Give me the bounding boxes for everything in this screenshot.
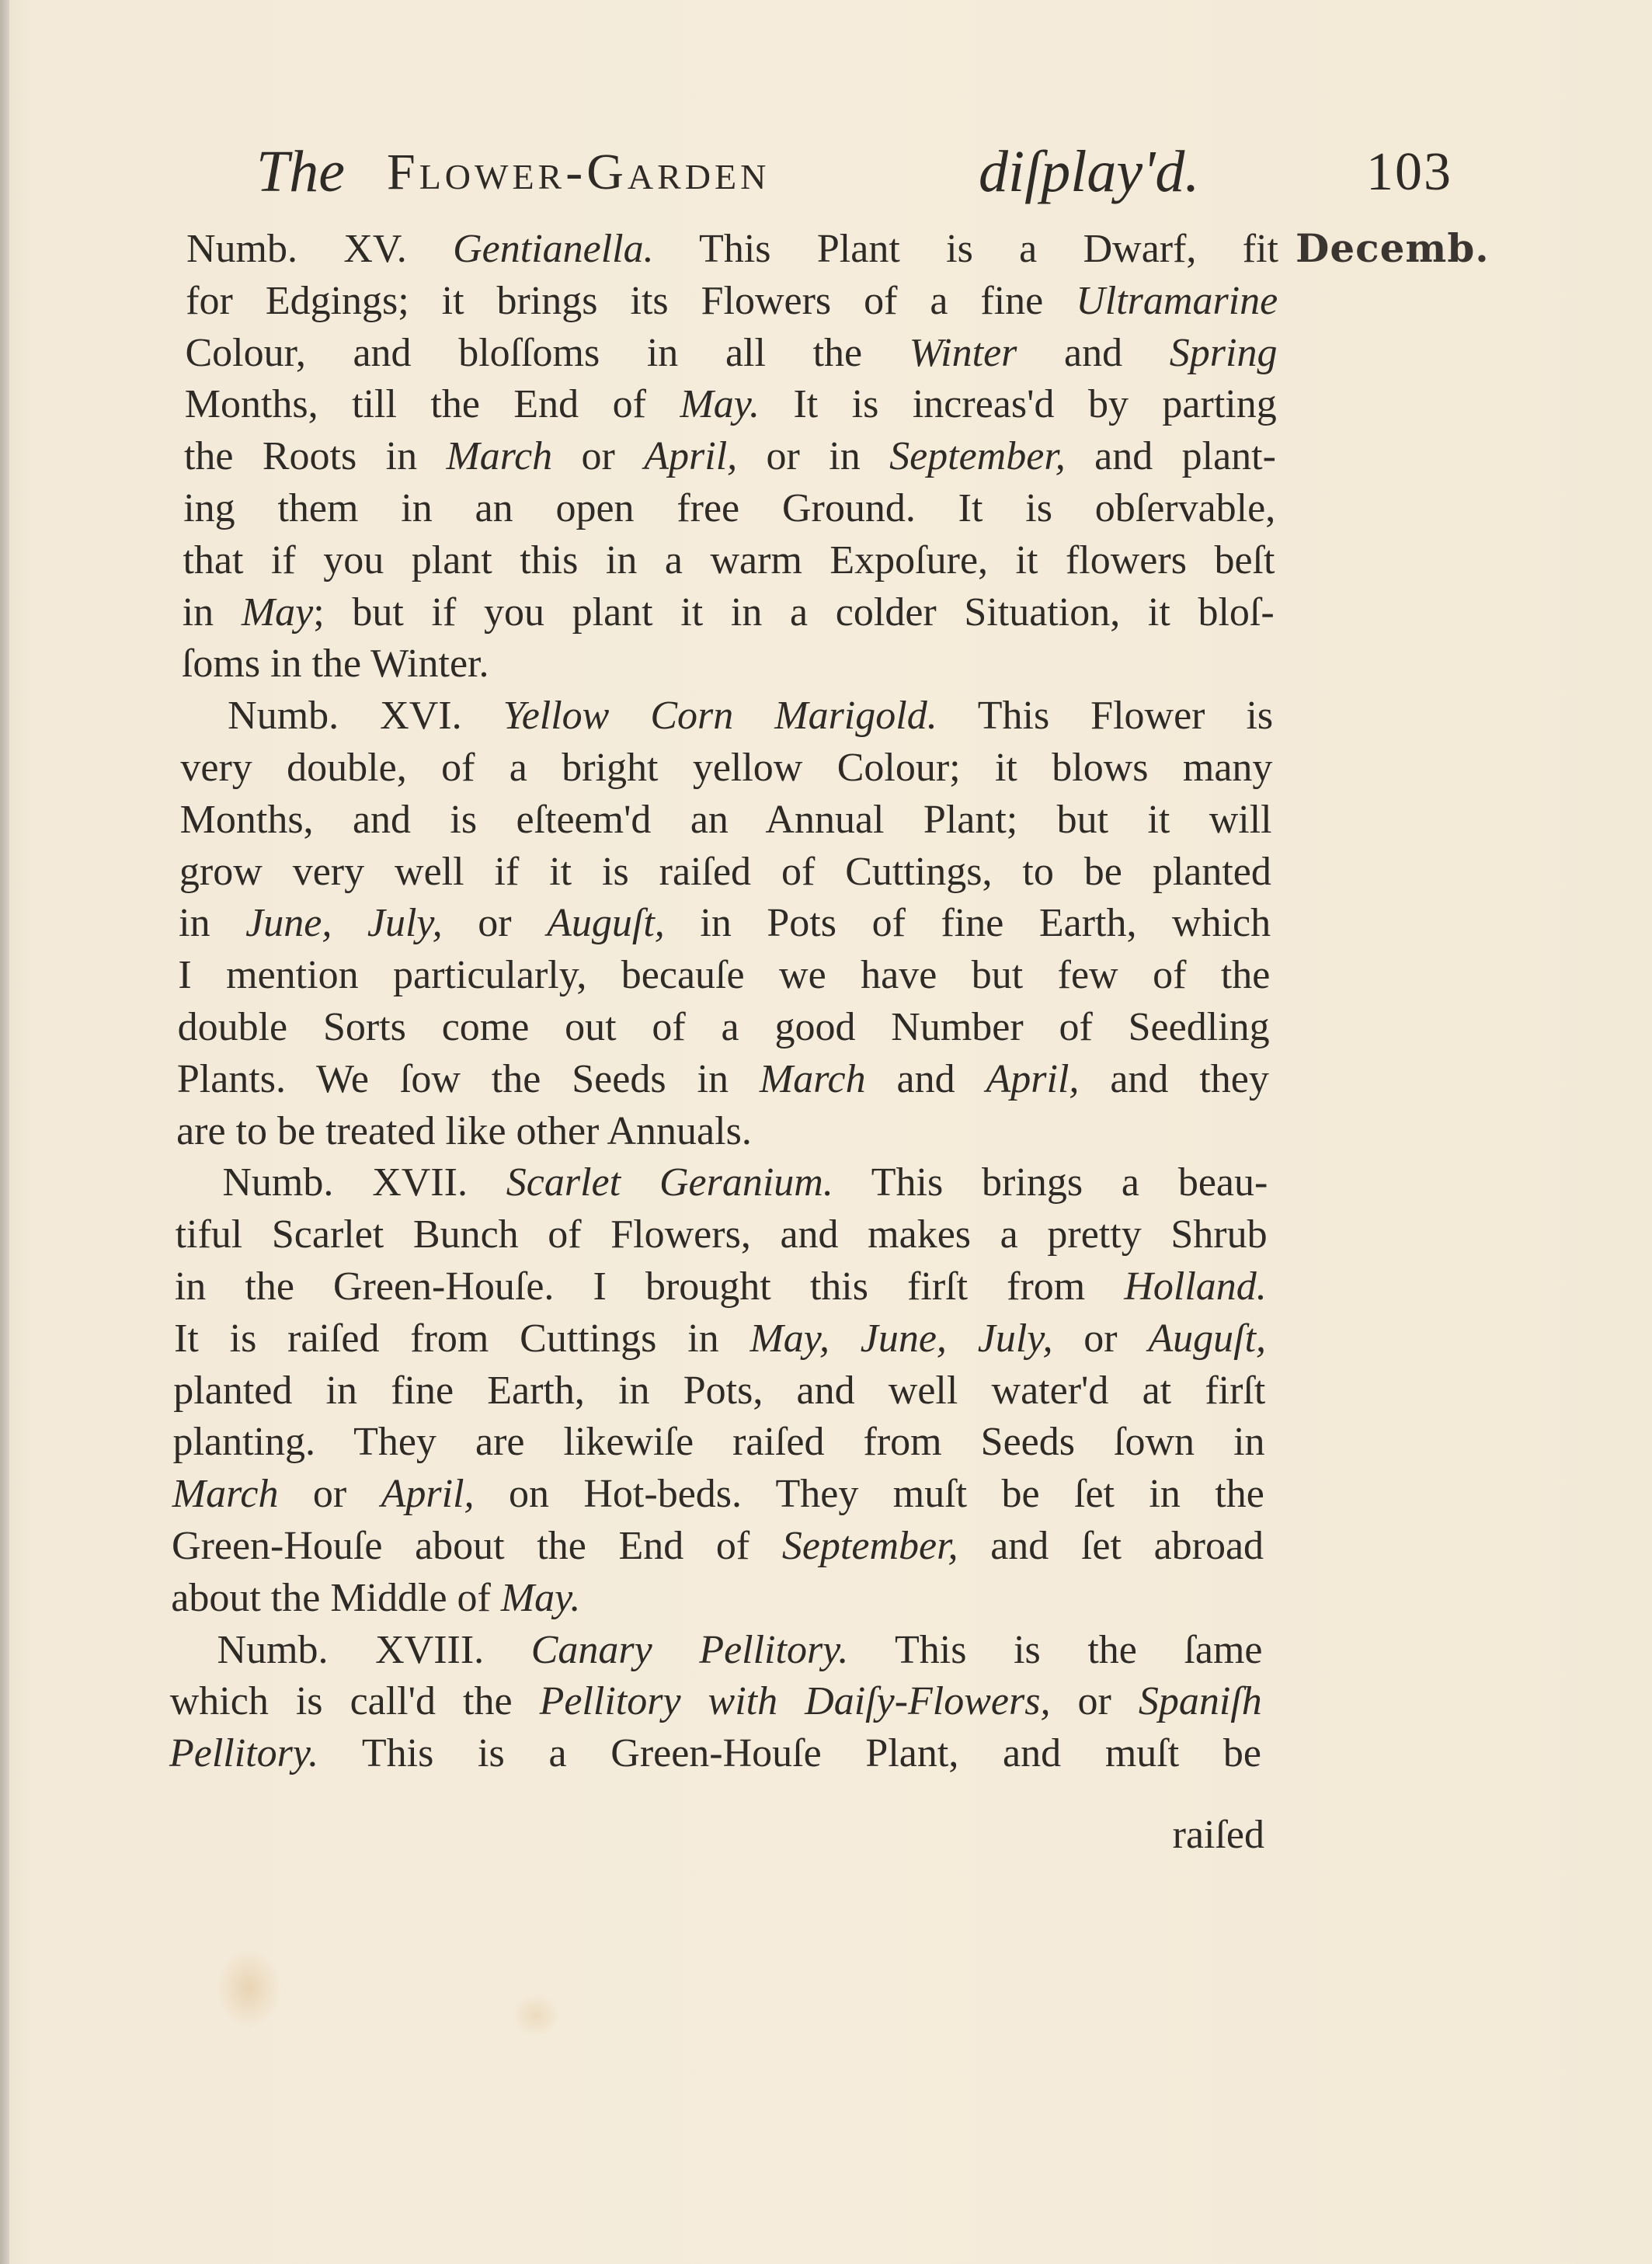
- text-line: for Edgings; it brings its Flowers of a …: [186, 276, 1278, 327]
- text-segment: and: [866, 1057, 986, 1101]
- text-segment: Months, till the End of: [185, 382, 680, 426]
- italic-term: April,: [644, 434, 737, 478]
- text-segment: or: [1050, 1679, 1138, 1723]
- text-segment: the Roots in: [184, 434, 447, 478]
- text-segment: are to be treated like other Annuals.: [176, 1109, 752, 1153]
- italic-term: March: [760, 1057, 866, 1101]
- text-line: about the Middle of May.: [171, 1573, 1263, 1624]
- text-line: in May; but if you plant it in a colder …: [183, 587, 1275, 638]
- text-line: ſoms in the Winter.: [182, 638, 1274, 690]
- italic-term: May.: [501, 1576, 581, 1620]
- text-segment: This is the ſame: [848, 1628, 1262, 1672]
- text-segment: very double, of a bright yellow Colour; …: [180, 746, 1272, 790]
- text-segment: [947, 1316, 978, 1361]
- text-line: tiful Scarlet Bunch of Flowers, and make…: [176, 1209, 1268, 1261]
- text-line: that if you plant this in a warm Expoſur…: [183, 535, 1275, 586]
- running-head-title: Flower-Garden: [387, 143, 770, 202]
- text-line: It is raiſed from Cuttings in May, June,…: [174, 1313, 1266, 1365]
- italic-term: June,: [245, 901, 332, 945]
- text-segment: This Flower is: [937, 694, 1273, 738]
- italic-term: September,: [889, 434, 1066, 478]
- running-head: The Flower-Garden diſplay'd. 103: [256, 138, 1452, 208]
- text-line: in the Green-Houſe. I brought this firſt…: [175, 1261, 1267, 1313]
- italic-term: Scarlet Geranium.: [506, 1160, 833, 1205]
- text-segment: which is call'd the: [170, 1679, 540, 1723]
- text-line: I mention particularly, becauſe we have …: [178, 950, 1270, 1001]
- text-line: planting. They are likewiſe raiſed from …: [173, 1417, 1265, 1468]
- text-segment: tiful Scarlet Bunch of Flowers, and make…: [176, 1212, 1268, 1257]
- text-segment: in: [179, 901, 245, 945]
- italic-term: May.: [680, 382, 760, 426]
- italic-term: September,: [782, 1524, 958, 1568]
- text-segment: ſoms in the Winter.: [182, 642, 489, 686]
- text-segment: or: [278, 1472, 381, 1516]
- text-segment: It is raiſed from Cuttings in: [174, 1316, 749, 1361]
- page-number: 103: [1366, 141, 1452, 203]
- italic-term: Pellitory with Daiſy-Flowers,: [540, 1679, 1051, 1723]
- italic-term: Pellitory.: [169, 1731, 318, 1775]
- text-segment: Colour, and bloſſoms in all the: [185, 331, 909, 375]
- text-segment: This Plant is a Dwarf, fit: [654, 227, 1278, 271]
- italic-term: July,: [978, 1316, 1053, 1361]
- text-segment: on Hot-beds. They muſt be ſet in the: [475, 1472, 1264, 1516]
- text-segment: in Pots of fine Earth, which: [665, 901, 1271, 945]
- text-segment: [332, 901, 367, 945]
- italic-term: Auguſt,: [1148, 1316, 1266, 1361]
- italic-term: July,: [367, 901, 443, 945]
- text-segment: Green-Houſe about the End of: [172, 1524, 782, 1568]
- italic-term: Canary Pellitory.: [531, 1628, 849, 1672]
- text-line: Numb. XVI. Yellow Corn Marigold. This Fl…: [228, 690, 1273, 742]
- text-segment: for Edgings; it brings its Flowers of a …: [186, 279, 1076, 323]
- text-segment: and plant-: [1066, 434, 1276, 478]
- text-segment: Numb. XVII.: [222, 1160, 506, 1205]
- italic-term: March: [446, 434, 552, 478]
- text-line: Numb. XV. Gentianella. This Plant is a D…: [186, 224, 1278, 275]
- text-segment: planted in fine Earth, in Pots, and well…: [173, 1368, 1265, 1413]
- text-line: Numb. XVII. Scarlet Geranium. This bring…: [222, 1157, 1268, 1209]
- italic-term: Yellow Corn Marigold.: [503, 694, 937, 738]
- italic-term: Spring: [1170, 331, 1278, 375]
- text-segment: in: [183, 590, 242, 635]
- text-segment: planting. They are likewiſe raiſed from …: [173, 1420, 1265, 1464]
- text-line: the Roots in March or April, or in Septe…: [184, 431, 1276, 482]
- text-segment: Plants. We ſow the Seeds in: [177, 1057, 760, 1101]
- text-segment: Numb. XV.: [186, 227, 453, 271]
- text-line: double Sorts come out of a good Number o…: [178, 1002, 1270, 1053]
- italic-term: Winter: [909, 331, 1017, 375]
- text-line: are to be treated like other Annuals.: [176, 1106, 1268, 1157]
- text-line: ing them in an open free Ground. It is o…: [183, 483, 1275, 534]
- italic-term: Holland.: [1124, 1264, 1266, 1309]
- text-line: Plants. We ſow the Seeds in March and Ap…: [177, 1054, 1269, 1105]
- text-segment: in the Green-Houſe. I brought this firſt…: [175, 1264, 1125, 1309]
- italic-term: June,: [861, 1316, 947, 1361]
- text-segment: This brings a beau-: [833, 1160, 1268, 1205]
- text-segment: or in: [737, 434, 889, 478]
- text-segment: grow very well if it is raiſed of Cuttin…: [179, 850, 1271, 894]
- margin-note-month: Decemb.: [1296, 225, 1490, 271]
- text-segment: and: [1017, 331, 1169, 375]
- text-segment: or: [552, 434, 644, 478]
- italic-term: May: [242, 590, 313, 635]
- text-line: grow very well if it is raiſed of Cuttin…: [179, 847, 1271, 898]
- text-line: Months, till the End of May. It is incre…: [185, 379, 1277, 430]
- text-segment: Months, and is eſteem'd an Annual Plant;…: [180, 798, 1272, 842]
- binding-edge: [0, 0, 9, 2264]
- text-segment: double Sorts come out of a good Number o…: [178, 1005, 1270, 1049]
- italic-term: Gentianella.: [453, 227, 654, 271]
- italic-term: Ultramarine: [1076, 279, 1278, 323]
- text-segment: ing them in an open free Ground. It is o…: [183, 486, 1275, 530]
- text-line: in June, July, or Auguſt, in Pots of fin…: [179, 898, 1271, 949]
- text-line: Months, and is eſteem'd an Annual Plant;…: [180, 795, 1272, 846]
- text-line: very double, of a bright yellow Colour; …: [180, 742, 1272, 794]
- text-line: March or April, on Hot-beds. They muſt b…: [172, 1469, 1264, 1520]
- running-head-displayd: diſplay'd.: [979, 138, 1199, 206]
- text-line: Pellitory. This is a Green-Houſe Plant, …: [169, 1728, 1261, 1779]
- text-segment: about the Middle of: [171, 1576, 501, 1620]
- text-line: Green-Houſe about the End of September, …: [172, 1521, 1264, 1572]
- text-segment: This is a Green-Houſe Plant, and muſt be: [318, 1731, 1261, 1775]
- text-segment: I mention particularly, becauſe we have …: [178, 953, 1270, 997]
- italic-term: April,: [381, 1472, 475, 1516]
- catchword: raiſed: [1149, 1810, 1264, 1861]
- text-line: Numb. XVIII. Canary Pellitory. This is t…: [217, 1625, 1263, 1676]
- italic-term: Spaniſh: [1139, 1679, 1262, 1723]
- text-line: which is call'd the Pellitory with Daiſy…: [170, 1676, 1262, 1727]
- italic-term: March: [172, 1472, 279, 1516]
- text-line: Colour, and bloſſoms in all the Winter a…: [185, 328, 1277, 379]
- text-segment: Numb. XVIII.: [217, 1628, 531, 1672]
- text-segment: Numb. XVI.: [228, 694, 503, 738]
- text-segment: and they: [1079, 1057, 1268, 1101]
- text-segment: and ſet abroad: [958, 1524, 1264, 1568]
- italic-term: Auguſt,: [547, 901, 665, 945]
- text-segment: that if you plant this in a warm Expoſur…: [183, 538, 1275, 583]
- text-line: planted in fine Earth, in Pots, and well…: [173, 1365, 1265, 1417]
- text-segment: [829, 1316, 861, 1361]
- text-segment: It is increas'd by parting: [760, 382, 1277, 426]
- text-segment: or: [1052, 1316, 1148, 1361]
- italic-term: May,: [749, 1316, 829, 1361]
- text-segment: ; but if you plant it in a colder Situat…: [313, 590, 1274, 635]
- book-page: The Flower-Garden diſplay'd. 103 Decemb.…: [0, 0, 1652, 2264]
- italic-term: April,: [986, 1057, 1080, 1101]
- running-head-the: The: [256, 138, 345, 206]
- text-segment: or: [443, 901, 547, 945]
